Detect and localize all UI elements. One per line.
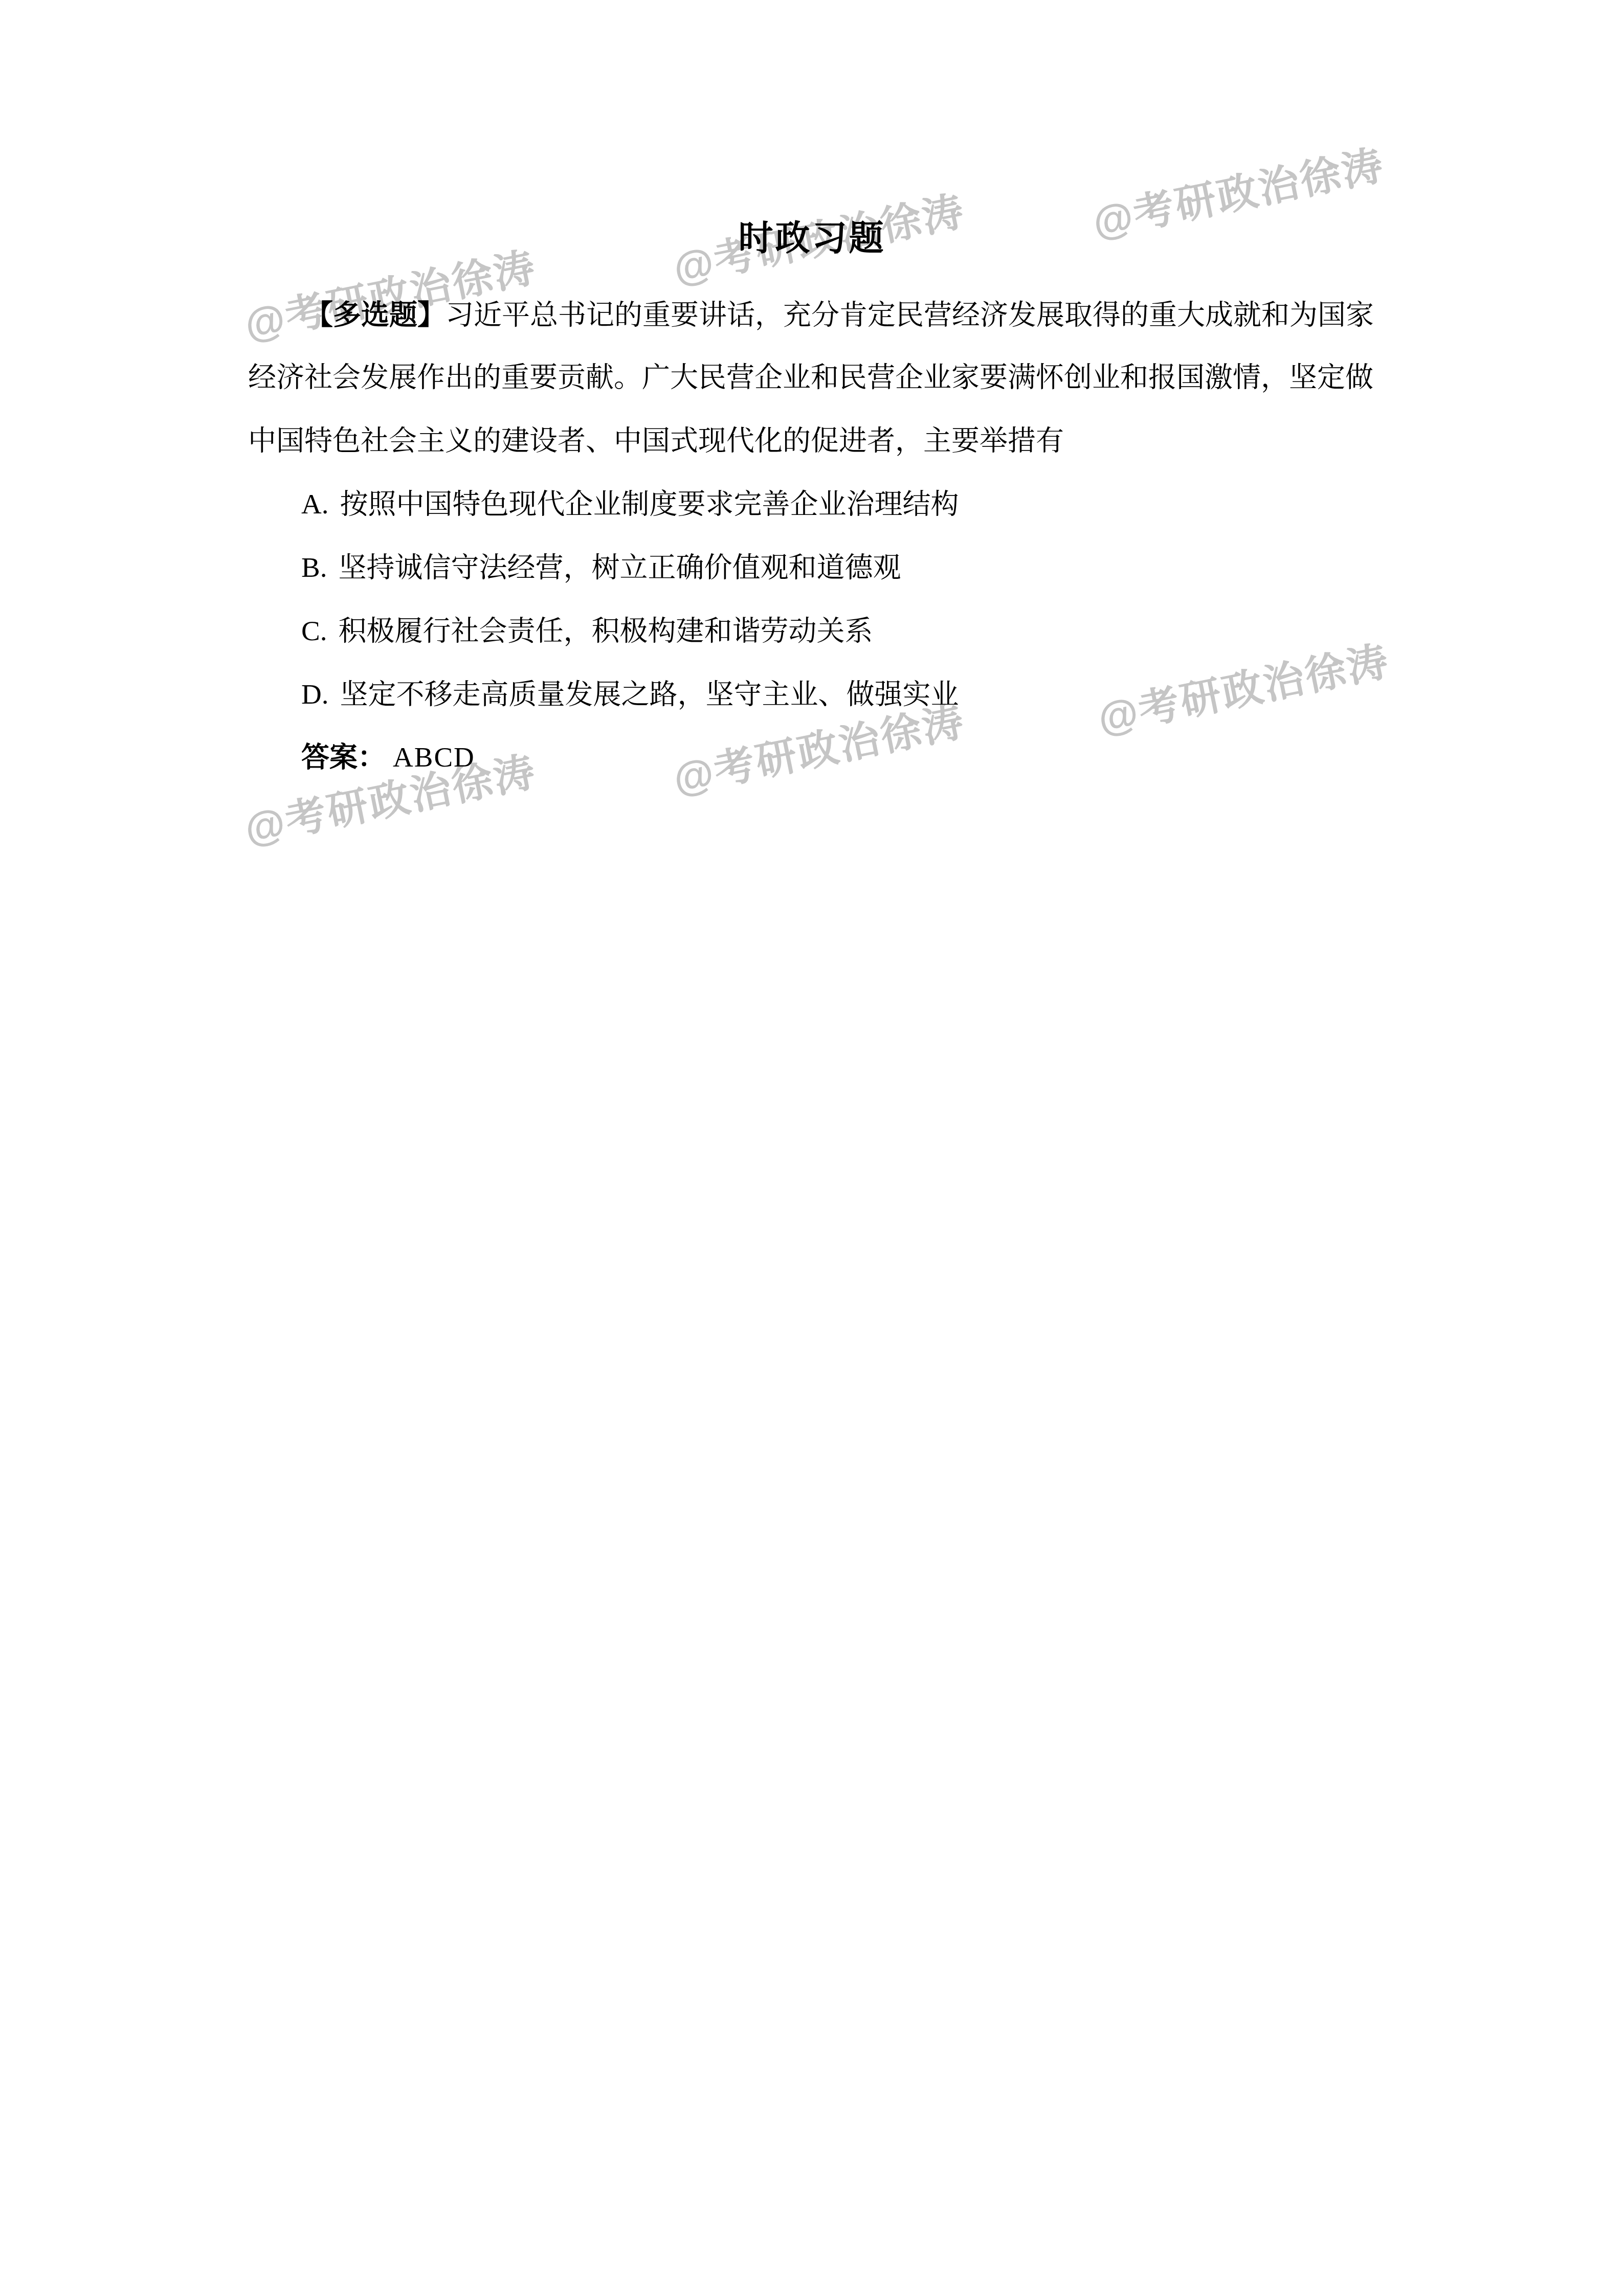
question-stem-line-3: 中国特色社会主义的建设者、中国式现代化的促进者，主要举措有 [248, 426, 1064, 456]
option-c-text: 积极履行社会责任，积极构建和谐劳动关系 [338, 615, 873, 646]
option-b: B.坚持诚信守法经营，树立正确价值观和道德观 [301, 553, 901, 582]
option-d-text: 坚定不移走高质量发展之路，坚守主业、做强实业 [340, 679, 959, 710]
page-title: 时政习题 [0, 220, 1624, 257]
document-content: 时政习题 【多选题】习近平总书记的重要讲话，充分肯定民营经济发展取得的重大成就和… [0, 0, 1624, 2296]
question-stem-line-2: 经济社会发展作出的重要贡献。广大民营企业和民营企业家要满怀创业和报国激情，坚定做 [248, 363, 1373, 392]
option-a-label: A. [301, 489, 328, 519]
answer-value: ABCD [393, 741, 475, 773]
option-a-text: 按照中国特色现代企业制度要求完善企业治理结构 [340, 488, 959, 520]
answer-label: 答案： [301, 742, 386, 772]
document-page: @考研政治徐涛 @考研政治徐涛 @考研政治徐涛 @考研政治徐涛 @考研政治徐涛 … [0, 0, 1624, 2296]
option-b-label: B. [301, 553, 327, 582]
option-a: A.按照中国特色现代企业制度要求完善企业治理结构 [301, 489, 959, 519]
option-b-text: 坚持诚信守法经营，树立正确价值观和道德观 [338, 552, 901, 583]
answer-row: 答案：ABCD [301, 742, 475, 772]
option-d: D.坚定不移走高质量发展之路，坚守主业、做强实业 [301, 680, 959, 709]
option-c-label: C. [301, 616, 327, 646]
question-type-label: 【多选题】 [305, 299, 446, 330]
option-c: C.积极履行社会责任，积极构建和谐劳动关系 [301, 616, 873, 646]
question-stem-line-1: 【多选题】习近平总书记的重要讲话，充分肯定民营经济发展取得的重大成就和为国家 [305, 300, 1374, 330]
question-stem-text-1: 习近平总书记的重要讲话，充分肯定民营经济发展取得的重大成就和为国家 [446, 299, 1374, 330]
option-d-label: D. [301, 680, 328, 709]
